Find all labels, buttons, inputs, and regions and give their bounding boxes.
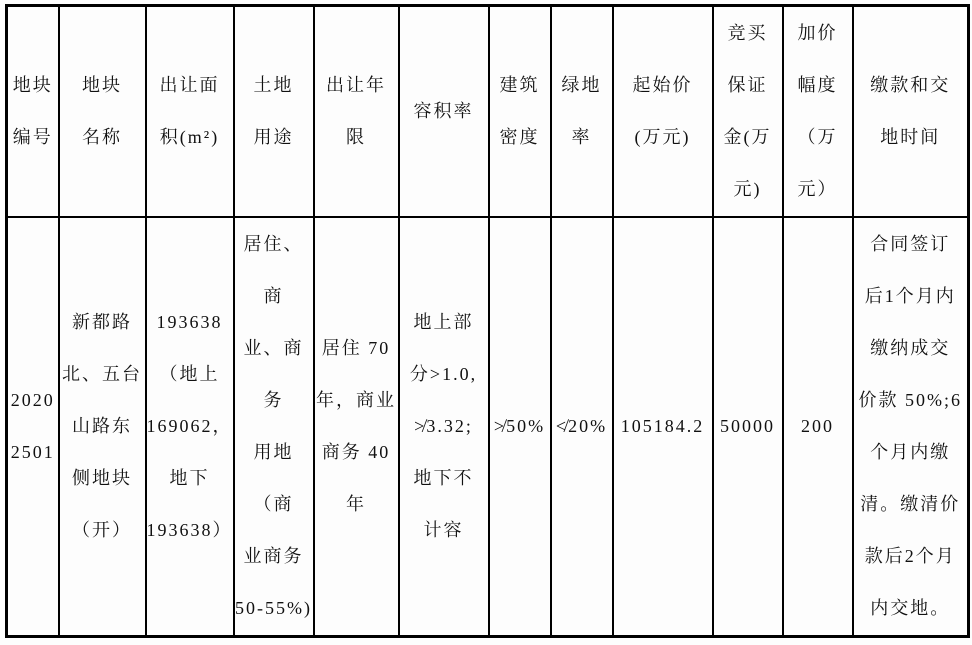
document-page: 地块 编号 地块 名称 出让面 积(m²) 土地 用途 出让年 限 容积率 建筑…: [0, 0, 972, 645]
cell-transfer-term: 居住 70 年，商业 商务 40 年: [314, 217, 399, 637]
cell-bid-deposit: 50000: [713, 217, 783, 637]
col-header-price-increment: 加价 幅度 （万 元）: [783, 6, 853, 217]
col-header-building-density: 建筑 密度: [489, 6, 551, 217]
cell-plot-number: 2020 2501: [7, 217, 59, 637]
col-header-green-rate: 绿地 率: [551, 6, 613, 217]
header-row: 地块 编号 地块 名称 出让面 积(m²) 土地 用途 出让年 限 容积率 建筑…: [7, 6, 969, 217]
table-head: 地块 编号 地块 名称 出让面 积(m²) 土地 用途 出让年 限 容积率 建筑…: [7, 6, 969, 217]
cell-plot-name: 新都路 北、五台 山路东 侧地块 （开）: [59, 217, 146, 637]
table-body: 2020 2501 新都路 北、五台 山路东 侧地块 （开） 193638 （地…: [7, 217, 969, 637]
col-header-bid-deposit: 竞买 保证 金(万 元): [713, 6, 783, 217]
col-header-plot-name: 地块 名称: [59, 6, 146, 217]
cell-plot-ratio: 地上部 分>1.0, ≯3.32; 地下不 计容: [399, 217, 489, 637]
table-row: 2020 2501 新都路 北、五台 山路东 侧地块 （开） 193638 （地…: [7, 217, 969, 637]
cell-building-density: ≯50%: [489, 217, 551, 637]
col-header-plot-ratio: 容积率: [399, 6, 489, 217]
land-auction-table: 地块 编号 地块 名称 出让面 积(m²) 土地 用途 出让年 限 容积率 建筑…: [5, 4, 970, 638]
col-header-transfer-term: 出让年 限: [314, 6, 399, 217]
cell-transfer-area: 193638 （地上 169062， 地下 193638）: [146, 217, 234, 637]
col-header-land-use: 土地 用途: [234, 6, 314, 217]
col-header-payment-time: 缴款和交 地时间: [853, 6, 969, 217]
cell-price-increment: 200: [783, 217, 853, 637]
col-header-transfer-area: 出让面 积(m²): [146, 6, 234, 217]
cell-land-use: 居住、商 业、商务 用地（商 业商务 50-55%): [234, 217, 314, 637]
cell-green-rate: ≮20%: [551, 217, 613, 637]
cell-starting-price: 105184.2: [613, 217, 713, 637]
cell-payment-time: 合同签订 后1个月内 缴纳成交 价款 50%;6 个月内缴 清。缴清价 款后2个…: [853, 217, 969, 637]
col-header-plot-number: 地块 编号: [7, 6, 59, 217]
col-header-starting-price: 起始价 (万元): [613, 6, 713, 217]
